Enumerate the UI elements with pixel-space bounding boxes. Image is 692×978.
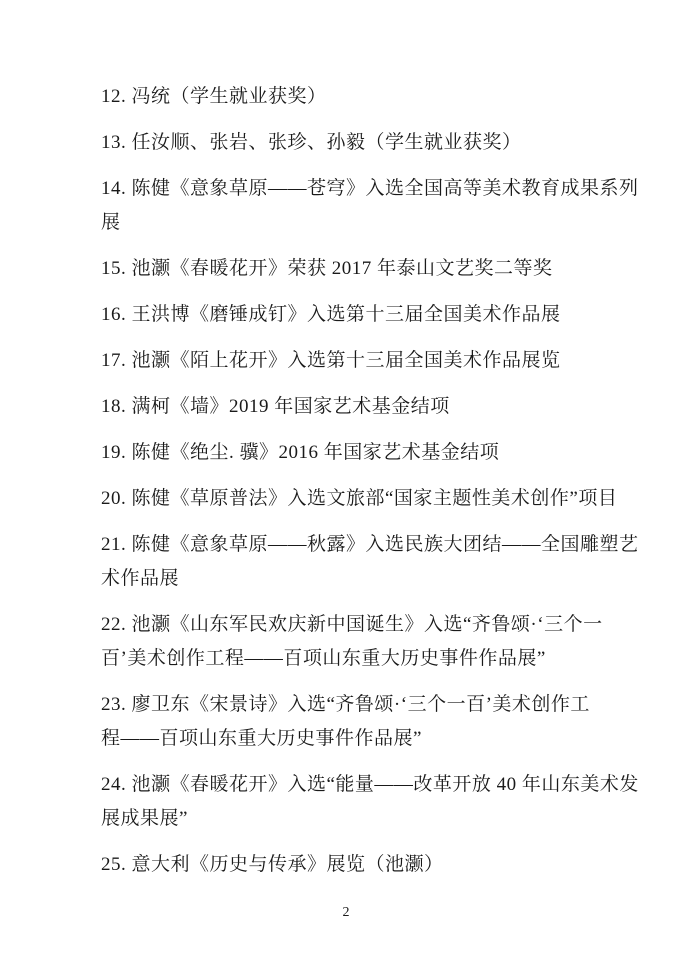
list-item-text-wrap: 展 — [101, 206, 597, 240]
list-item-text: 25. 意大利《历史与传承》展览（池灏） — [101, 848, 597, 882]
list-item-text: 15. 池灏《春暖花开》荣获 2017 年泰山文艺奖二等奖 — [101, 252, 597, 286]
list-item-text-wrap: 百’美术创作工程——百项山东重大历史事件作品展” — [101, 642, 597, 676]
list-item-text: 18. 满柯《墙》2019 年国家艺术基金结项 — [101, 390, 597, 424]
list-item-text: 22. 池灏《山东军民欢庆新中国诞生》入选“齐鲁颂·‘三个一 — [101, 608, 597, 642]
list-item-text: 12. 冯统（学生就业获奖） — [101, 80, 597, 114]
list-item-text-wrap: 程——百项山东重大历史事件作品展” — [101, 722, 597, 756]
list-item-text: 13. 任汝顺、张岩、张珍、孙毅（学生就业获奖） — [101, 126, 597, 160]
document-page: 12. 冯统（学生就业获奖） 13. 任汝顺、张岩、张珍、孙毅（学生就业获奖） … — [0, 0, 692, 978]
list-item-14: 14. 陈健《意象草原——苍穹》入选全国高等美术教育成果系列 展 — [101, 172, 597, 240]
list-item-25: 25. 意大利《历史与传承》展览（池灏） — [101, 848, 597, 882]
list-item-22: 22. 池灏《山东军民欢庆新中国诞生》入选“齐鲁颂·‘三个一 百’美术创作工程—… — [101, 608, 597, 676]
list-item-16: 16. 王洪博《磨锤成钉》入选第十三届全国美术作品展 — [101, 298, 597, 332]
awards-list: 12. 冯统（学生就业获奖） 13. 任汝顺、张岩、张珍、孙毅（学生就业获奖） … — [101, 80, 597, 894]
list-item-text: 17. 池灏《陌上花开》入选第十三届全国美术作品展览 — [101, 344, 597, 378]
list-item-15: 15. 池灏《春暖花开》荣获 2017 年泰山文艺奖二等奖 — [101, 252, 597, 286]
list-item-12: 12. 冯统（学生就业获奖） — [101, 80, 597, 114]
list-item-17: 17. 池灏《陌上花开》入选第十三届全国美术作品展览 — [101, 344, 597, 378]
list-item-text: 23. 廖卫东《宋景诗》入选“齐鲁颂·‘三个一百’美术创作工 — [101, 688, 597, 722]
list-item-text: 14. 陈健《意象草原——苍穹》入选全国高等美术教育成果系列 — [101, 172, 597, 206]
list-item-23: 23. 廖卫东《宋景诗》入选“齐鲁颂·‘三个一百’美术创作工 程——百项山东重大… — [101, 688, 597, 756]
list-item-text: 19. 陈健《绝尘. 骥》2016 年国家艺术基金结项 — [101, 436, 597, 470]
list-item-text-wrap: 术作品展 — [101, 562, 597, 596]
list-item-21: 21. 陈健《意象草原——秋露》入选民族大团结——全国雕塑艺 术作品展 — [101, 528, 597, 596]
page-number: 2 — [0, 906, 692, 920]
list-item-18: 18. 满柯《墙》2019 年国家艺术基金结项 — [101, 390, 597, 424]
list-item-13: 13. 任汝顺、张岩、张珍、孙毅（学生就业获奖） — [101, 126, 597, 160]
list-item-text-wrap: 展成果展” — [101, 802, 597, 836]
list-item-text: 16. 王洪博《磨锤成钉》入选第十三届全国美术作品展 — [101, 298, 597, 332]
list-item-24: 24. 池灏《春暖花开》入选“能量——改革开放 40 年山东美术发 展成果展” — [101, 768, 597, 836]
list-item-text: 24. 池灏《春暖花开》入选“能量——改革开放 40 年山东美术发 — [101, 768, 597, 802]
list-item-text: 20. 陈健《草原普法》入选文旅部“国家主题性美术创作”项目 — [101, 482, 597, 516]
list-item-20: 20. 陈健《草原普法》入选文旅部“国家主题性美术创作”项目 — [101, 482, 597, 516]
list-item-19: 19. 陈健《绝尘. 骥》2016 年国家艺术基金结项 — [101, 436, 597, 470]
list-item-text: 21. 陈健《意象草原——秋露》入选民族大团结——全国雕塑艺 — [101, 528, 597, 562]
